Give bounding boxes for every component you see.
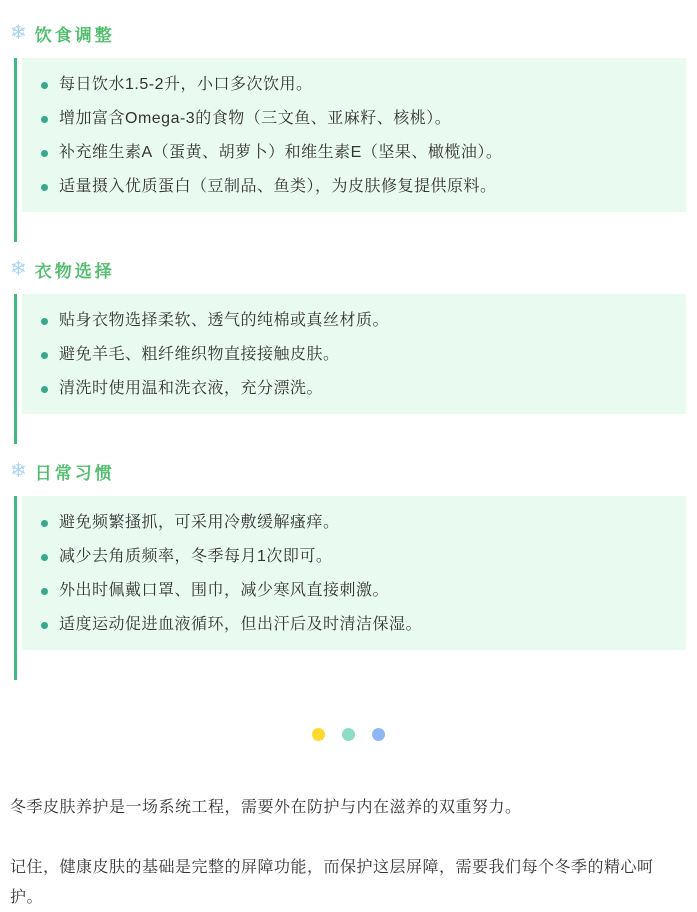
section-clothing: ❄ 衣物选择 贴身衣物选择柔软、透气的纯棉或真丝材质。 避免羊毛、粗纤维织物直接… (0, 258, 697, 444)
section-daily-habits: ❄ 日常习惯 避免频繁搔抓，可采用冷敷缓解瘙痒。 减少去角质频率，冬季每月1次即… (0, 460, 697, 680)
section-diet: ❄ 饮食调整 每日饮水1.5-2升，小口多次饮用。 增加富含Omega-3的食物… (0, 22, 697, 242)
tip-item: 补充维生素A（蛋黄、胡萝卜）和维生素E（坚果、橄榄油）。 (39, 142, 666, 164)
section-title: 饮食调整 (35, 21, 115, 46)
tips-list: 避免频繁搔抓，可采用冷敷缓解瘙痒。 减少去角质频率，冬季每月1次即可。 外出时佩… (39, 512, 666, 636)
tips-list: 贴身衣物选择柔软、透气的纯棉或真丝材质。 避免羊毛、粗纤维织物直接接触皮肤。 清… (39, 310, 666, 400)
section-header: ❄ 衣物选择 (10, 258, 697, 280)
tips-list: 每日饮水1.5-2升，小口多次饮用。 增加富含Omega-3的食物（三文鱼、亚麻… (39, 74, 666, 198)
tip-item: 适度运动促进血液循环，但出汗后及时清洁保湿。 (39, 614, 666, 636)
tip-item: 减少去角质频率，冬季每月1次即可。 (39, 546, 666, 568)
article-page: ❄ 饮食调整 每日饮水1.5-2升，小口多次饮用。 增加富含Omega-3的食物… (0, 0, 697, 912)
tips-box-background: 每日饮水1.5-2升，小口多次饮用。 增加富含Omega-3的食物（三文鱼、亚麻… (22, 58, 686, 212)
tip-item: 外出时佩戴口罩、围巾，减少寒风直接刺激。 (39, 580, 666, 602)
footer-paragraph: 记住，健康皮肤的基础是完整的屏障功能，而保护这层屏障，需要我们每个冬季的精心呵护… (10, 853, 683, 912)
footer-paragraph: 冬季皮肤养护是一场系统工程，需要外在防护与内在滋养的双重努力。 (10, 793, 683, 823)
snowflake-icon: ❄ (10, 23, 27, 43)
tips-box-background: 贴身衣物选择柔软、透气的纯棉或真丝材质。 避免羊毛、粗纤维织物直接接触皮肤。 清… (22, 294, 686, 414)
snowflake-icon: ❄ (10, 461, 27, 481)
section-header: ❄ 日常习惯 (10, 460, 697, 482)
tips-box: 贴身衣物选择柔软、透气的纯棉或真丝材质。 避免羊毛、粗纤维织物直接接触皮肤。 清… (14, 294, 686, 444)
tip-item: 避免频繁搔抓，可采用冷敷缓解瘙痒。 (39, 512, 666, 534)
section-title: 日常习惯 (35, 459, 115, 484)
divider-dot-blue (372, 728, 385, 741)
tips-box: 每日饮水1.5-2升，小口多次饮用。 增加富含Omega-3的食物（三文鱼、亚麻… (14, 58, 686, 242)
tip-item: 清洗时使用温和洗衣液，充分漂洗。 (39, 378, 666, 400)
divider-dots (0, 728, 697, 741)
tip-item: 避免羊毛、粗纤维织物直接接触皮肤。 (39, 344, 666, 366)
tip-item: 贴身衣物选择柔软、透气的纯棉或真丝材质。 (39, 310, 666, 332)
section-title: 衣物选择 (35, 257, 115, 282)
tip-item: 每日饮水1.5-2升，小口多次饮用。 (39, 74, 666, 96)
tips-box-background: 避免频繁搔抓，可采用冷敷缓解瘙痒。 减少去角质频率，冬季每月1次即可。 外出时佩… (22, 496, 686, 650)
tip-item: 增加富含Omega-3的食物（三文鱼、亚麻籽、核桃）。 (39, 108, 666, 130)
divider-dot-yellow (312, 728, 325, 741)
tip-item: 适量摄入优质蛋白（豆制品、鱼类），为皮肤修复提供原料。 (39, 176, 666, 198)
tips-box: 避免频繁搔抓，可采用冷敷缓解瘙痒。 减少去角质频率，冬季每月1次即可。 外出时佩… (14, 496, 686, 680)
section-header: ❄ 饮食调整 (10, 22, 697, 44)
snowflake-icon: ❄ (10, 259, 27, 279)
divider-dot-mint (342, 728, 355, 741)
